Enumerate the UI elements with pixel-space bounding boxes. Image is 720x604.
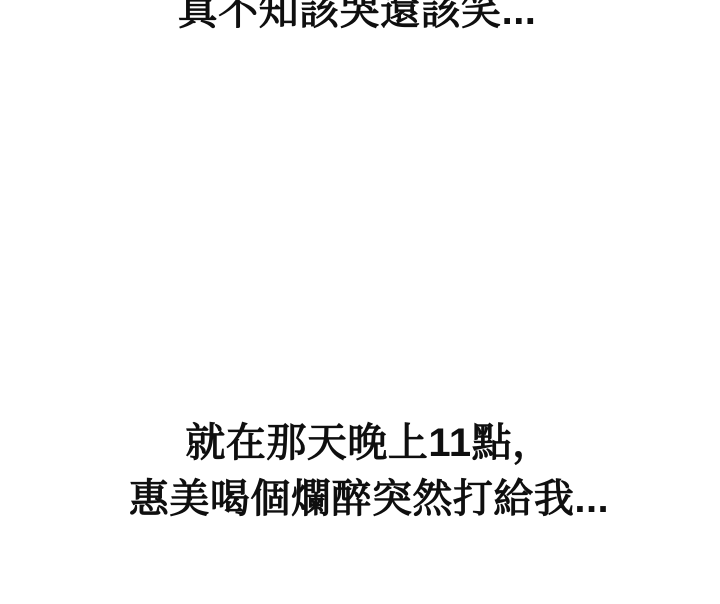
bottom-caption-line-2: 惠美喝個爛醉突然打給我... (9, 471, 720, 527)
bottom-caption-line-1: 就在那天晚上11點， (9, 415, 720, 471)
top-caption: 真不知該哭還該笑... (0, 0, 717, 31)
bottom-caption: 就在那天晚上11點， 惠美喝個爛醉突然打給我... (9, 415, 720, 527)
comic-page: 真不知該哭還該笑... 就在那天晚上11點， 惠美喝個爛醉突然打給我... (0, 0, 720, 604)
